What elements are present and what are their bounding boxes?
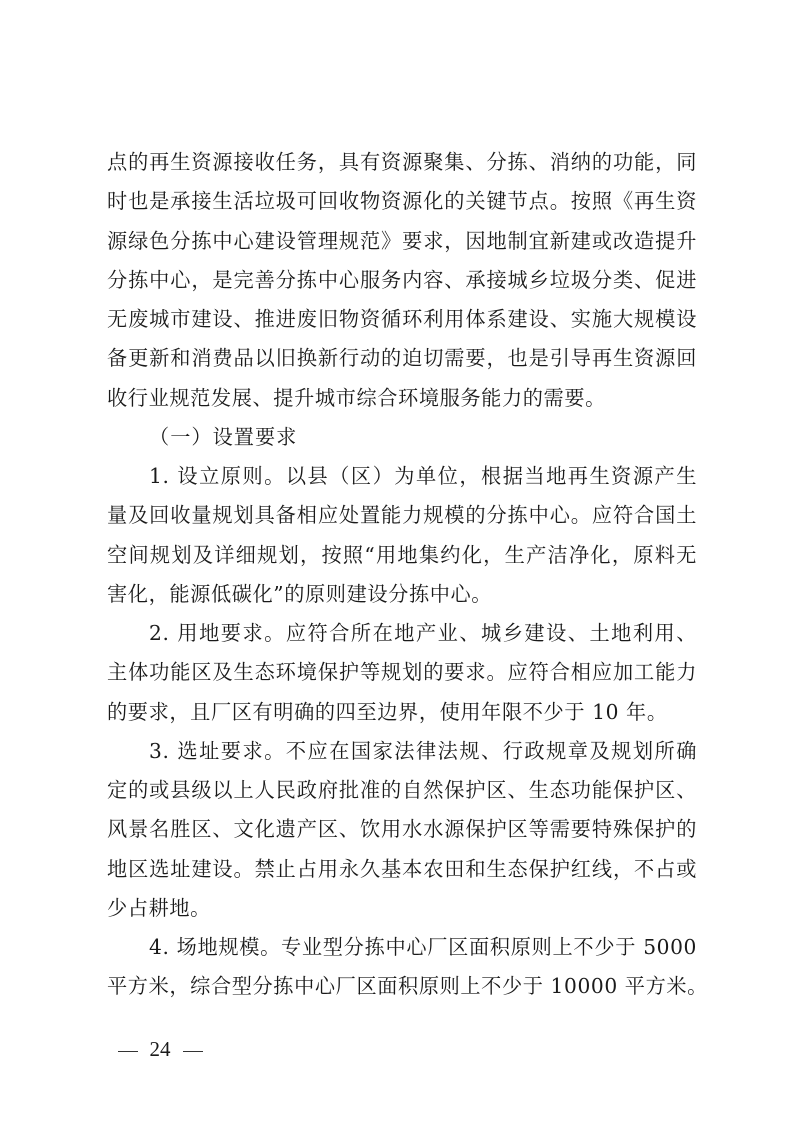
dash-left (118, 1051, 138, 1052)
text-line: 的要求，且厂区有明确的四至边界，使用年限不少于 10 年。 (107, 693, 697, 732)
text-line: 定的或县级以上人民政府批准的自然保护区、生态功能保护区、 (107, 771, 697, 810)
text-line: 空间规划及详细规划，按照“用地集约化，生产洁净化，原料无 (107, 536, 697, 575)
page-number: 24 (150, 1037, 171, 1061)
text-line: 害化，能源低碳化”的原则建设分拣中心。 (107, 575, 697, 614)
text-line: 量及回收量规划具备相应处置能力规模的分拣中心。应符合国土 (107, 496, 697, 535)
intro-paragraph: 点的再生资源接收任务，具有资源聚集、分拣、消纳的功能，同 时也是承接生活垃圾可回… (107, 143, 697, 418)
text-line: 1. 设立原则。以县（区）为单位，根据当地再生资源产生 (107, 457, 697, 496)
text-line: 源绿色分拣中心建设管理规范》要求，因地制宜新建或改造提升 (107, 222, 697, 261)
text-line: 无废城市建设、推进废旧物资循环利用体系建设、实施大规模设 (107, 300, 697, 339)
text-line: 时也是承接生活垃圾可回收物资源化的关键节点。按照《再生资 (107, 182, 697, 221)
page-footer: 24 (107, 1012, 203, 1062)
item-site-scale: 4. 场地规模。专业型分拣中心厂区面积原则上不少于 5000 平方米，综合型分拣… (107, 928, 697, 1007)
item-land-use-requirements: 2. 用地要求。应符合所在地产业、城乡建设、土地利用、 主体功能区及生态环境保护… (107, 614, 697, 732)
text-line: 2. 用地要求。应符合所在地产业、城乡建设、土地利用、 (107, 614, 697, 653)
text-line: 平方米，综合型分拣中心厂区面积原则上不少于 10000 平方米。 (107, 967, 697, 1006)
text-line: 少占耕地。 (107, 889, 697, 928)
text-line: 主体功能区及生态环境保护等规划的要求。应符合相应加工能力 (107, 653, 697, 692)
text-line: 备更新和消费品以旧换新行动的迫切需要，也是引导再生资源回 (107, 339, 697, 378)
text-line: 分拣中心，是完善分拣中心服务内容、承接城乡垃圾分类、促进 (107, 261, 697, 300)
dash-right (183, 1051, 203, 1052)
section-heading: （一）设置要求 (107, 418, 697, 457)
item-establishment-principle: 1. 设立原则。以县（区）为单位，根据当地再生资源产生 量及回收量规划具备相应处… (107, 457, 697, 614)
text-line: 4. 场地规模。专业型分拣中心厂区面积原则上不少于 5000 (107, 928, 697, 967)
text-line: 点的再生资源接收任务，具有资源聚集、分拣、消纳的功能，同 (107, 143, 697, 182)
text-line: 地区选址建设。禁止占用永久基本农田和生态保护红线，不占或 (107, 850, 697, 889)
document-body: 点的再生资源接收任务，具有资源聚集、分拣、消纳的功能，同 时也是承接生活垃圾可回… (107, 143, 697, 1007)
item-site-selection-requirements: 3. 选址要求。不应在国家法律法规、行政规章及规划所确 定的或县级以上人民政府批… (107, 732, 697, 928)
text-line: 收行业规范发展、提升城市综合环境服务能力的需要。 (107, 379, 697, 418)
text-line: 3. 选址要求。不应在国家法律法规、行政规章及规划所确 (107, 732, 697, 771)
text-line: 风景名胜区、文化遗产区、饮用水水源保护区等需要特殊保护的 (107, 810, 697, 849)
